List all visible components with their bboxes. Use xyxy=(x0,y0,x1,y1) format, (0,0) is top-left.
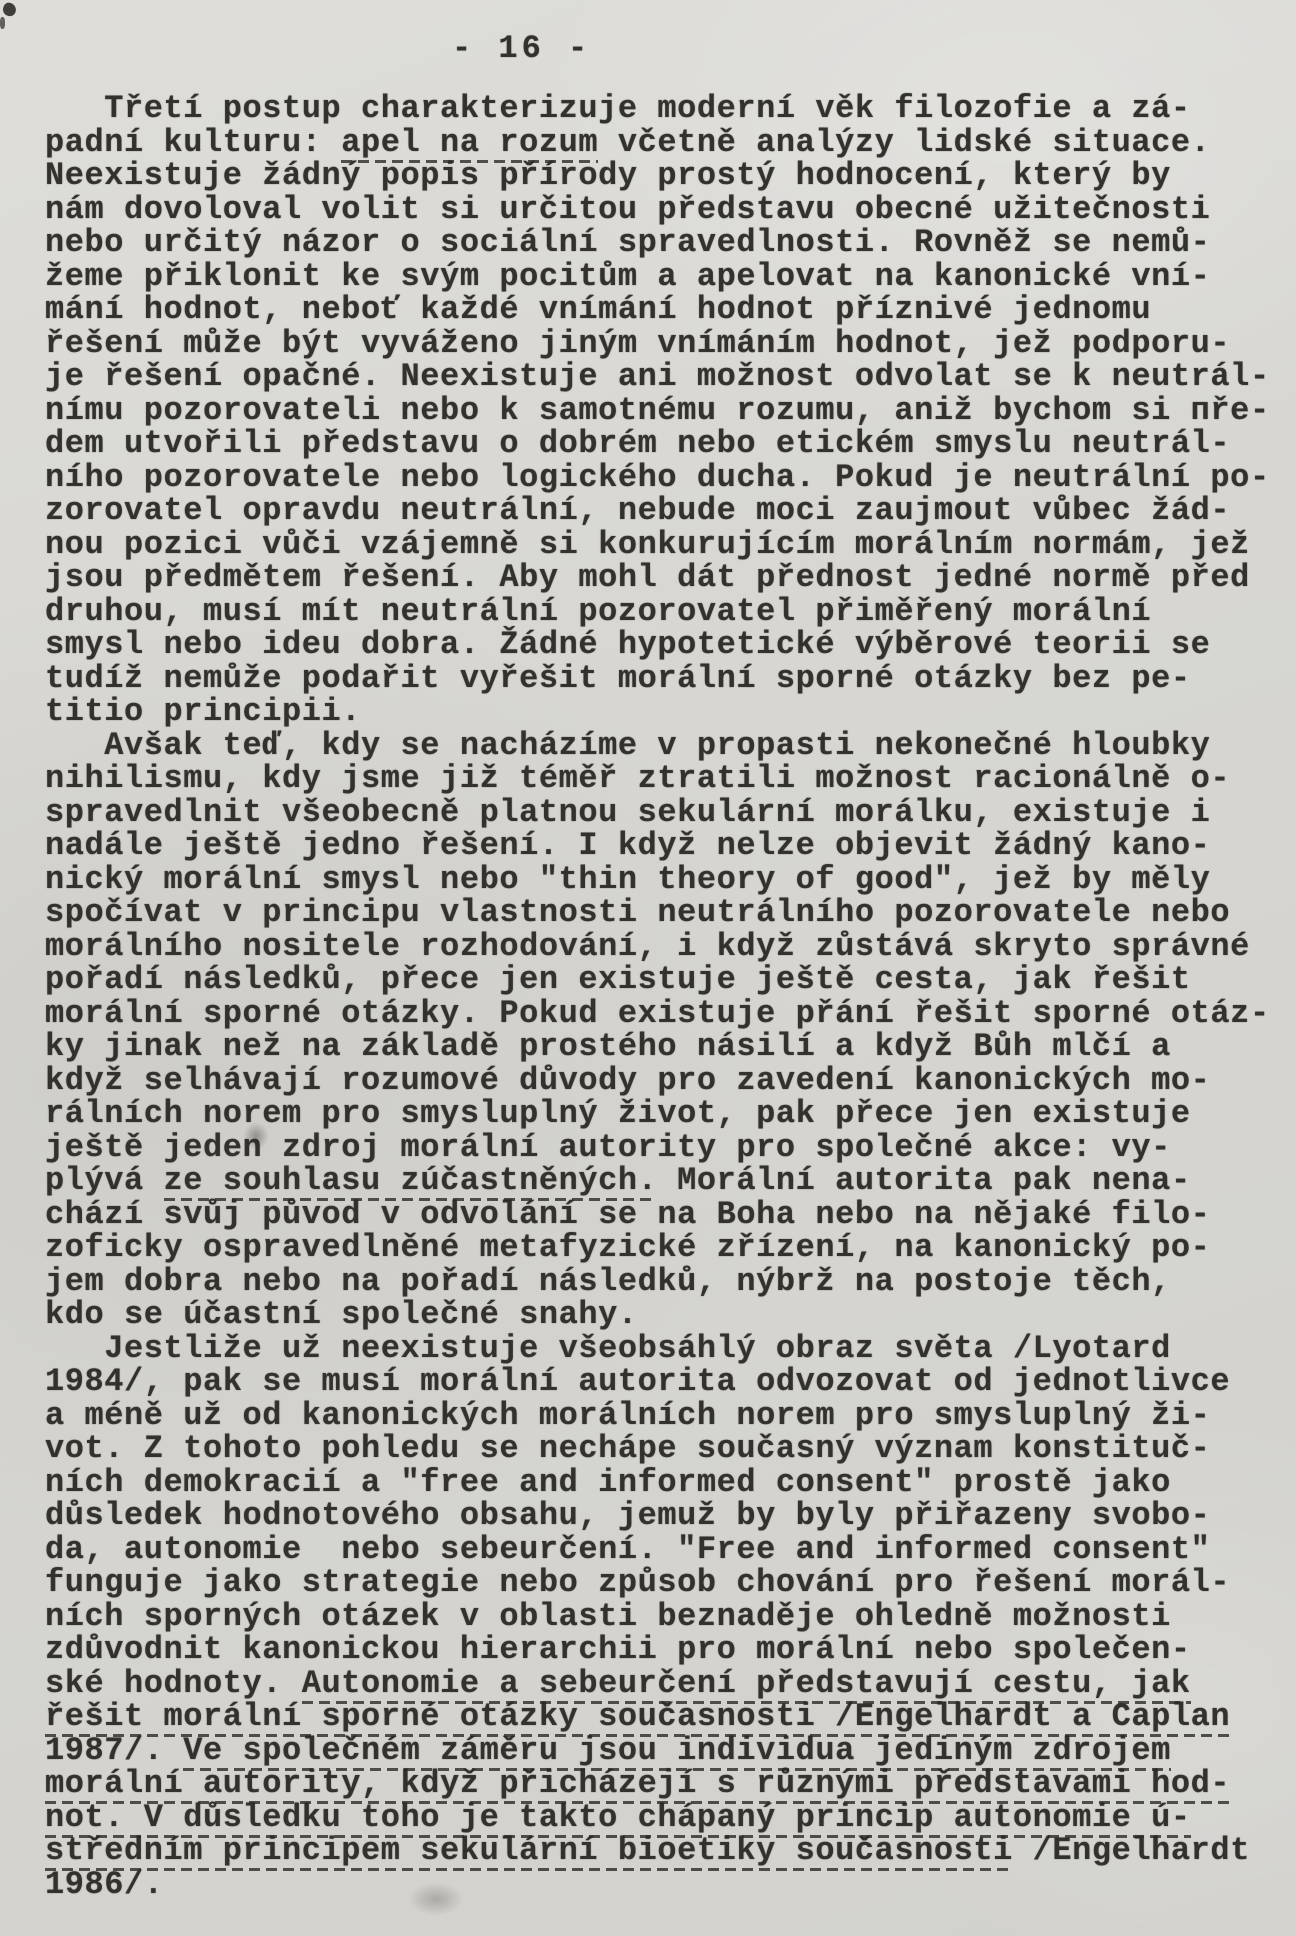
text-line: jem dobra nebo na pořadí následků, nýbrž… xyxy=(45,1265,1270,1299)
text-line: chází svůj původ v odvolání se na Boha n… xyxy=(45,1198,1270,1232)
text-segment: žeme přiklonit ke svým pocitům a apelova… xyxy=(45,258,1210,295)
text-line: řešení může být vyváženo jiným vnímáním … xyxy=(45,327,1270,361)
text-segment: Neexistuje žádný popis přírody prostý ho… xyxy=(45,157,1171,194)
text-line: a méně už od kanonických morálních norem… xyxy=(45,1399,1270,1433)
text-line: ky jinak než na základě prostého násilí … xyxy=(45,1030,1270,1064)
text-segment: ních sporných otázek v oblasti beznaděje… xyxy=(45,1598,1171,1635)
text-segment: jsou předmětem řešení. Aby mohl dát před… xyxy=(45,559,1250,596)
text-line: Třetí postup charakterizuje moderní věk … xyxy=(45,92,1270,126)
text-segment: nický morální smysl nebo "thin theory of… xyxy=(45,861,1210,898)
document-text: Třetí postup charakterizuje moderní věk … xyxy=(45,92,1270,1901)
text-line: ních sporných otázek v oblasti beznaděje… xyxy=(45,1600,1270,1634)
text-line: vot. Z tohoto pohledu se nechápe současn… xyxy=(45,1432,1270,1466)
text-segment: Avšak teď, kdy se nacházíme v propasti n… xyxy=(45,727,1210,764)
text-segment: funguje jako strategie nebo způsob chová… xyxy=(45,1564,1230,1601)
text-segment: nou pozici vůči vzájemně si konkurujícím… xyxy=(45,526,1250,563)
text-line: mání hodnot, neboť každé vnímání hodnot … xyxy=(45,293,1270,327)
text-line: plývá ze souhlasu zúčastněných. Morální … xyxy=(45,1164,1270,1198)
text-line: nám dovoloval volit si určitou představu… xyxy=(45,193,1270,227)
text-segment: nadále ještě jedno řešení. I když nelze … xyxy=(45,827,1210,864)
text-segment: důsledek hodnotového obsahu, jemuž by by… xyxy=(45,1497,1210,1534)
text-segment: spravedlnit všeobecně platnou sekulární … xyxy=(45,794,1210,831)
text-segment: morální sporné otázky. Pokud existuje př… xyxy=(45,995,1270,1032)
text-line: zoficky ospravedlněné metafyzické zřízen… xyxy=(45,1231,1270,1265)
text-line: morální sporné otázky. Pokud existuje př… xyxy=(45,997,1270,1031)
text-line: dem utvořili představu o dobrém nebo eti… xyxy=(45,427,1270,461)
text-line: ního pozorovatele nebo logického ducha. … xyxy=(45,461,1270,495)
text-segment: nímu pozorovateli nebo k samotnému rozum… xyxy=(45,392,1270,429)
text-segment: padní kulturu: xyxy=(45,124,341,161)
text-line: ních demokracií a "free and informed con… xyxy=(45,1466,1270,1500)
text-line: zorovatel opravdu neutrální, nebude moci… xyxy=(45,494,1270,528)
text-segment: tudíž nemůže podařit vyřešit morální spo… xyxy=(45,660,1191,697)
text-line: když selhávají rozumové důvody pro zaved… xyxy=(45,1064,1270,1098)
text-segment: nihilismu, kdy jsme již téměř ztratili m… xyxy=(45,760,1230,797)
text-line: pořadí následků, přece jen existuje ješt… xyxy=(45,963,1270,997)
scan-smudge xyxy=(0,17,5,29)
text-line: nou pozici vůči vzájemně si konkurujícím… xyxy=(45,528,1270,562)
text-segment: a méně už od kanonických morálních norem… xyxy=(45,1397,1210,1434)
text-line: 1986/. xyxy=(45,1868,1270,1902)
text-line: nebo určitý názor o sociální spravedlnos… xyxy=(45,226,1270,260)
text-segment: da, autonomie nebo sebeurčení. "Free and… xyxy=(45,1531,1210,1568)
text-segment: kdo se účastní společné snahy. xyxy=(45,1296,638,1333)
text-segment: Třetí postup charakterizuje moderní věk … xyxy=(45,90,1191,127)
paragraph: Jestliže už neexistuje všeobsáhlý obraz … xyxy=(45,1332,1270,1902)
text-line: not. V důsledku toho je takto chápaný pr… xyxy=(45,1801,1270,1835)
text-line: Avšak teď, kdy se nacházíme v propasti n… xyxy=(45,729,1270,763)
text-segment: je řešení opačné. Neexistuje ani možnost… xyxy=(45,358,1270,395)
text-segment: mání hodnot, neboť každé vnímání hodnot … xyxy=(45,291,1151,328)
text-line: morálního nositele rozhodování, i když z… xyxy=(45,930,1270,964)
text-line: Jestliže už neexistuje všeobsáhlý obraz … xyxy=(45,1332,1270,1366)
text-segment: dem utvořili představu o dobrém nebo eti… xyxy=(45,425,1230,462)
text-segment: druhou, musí mít neutrální pozorovatel p… xyxy=(45,593,1151,630)
text-line: rálních norem pro smysluplný život, pak … xyxy=(45,1097,1270,1131)
scanned-document-page: - 16 - Třetí postup charakterizuje moder… xyxy=(0,0,1296,1936)
paragraph: Avšak teď, kdy se nacházíme v propasti n… xyxy=(45,729,1270,1332)
text-line: spravedlnit všeobecně platnou sekulární … xyxy=(45,796,1270,830)
text-line: druhou, musí mít neutrální pozorovatel p… xyxy=(45,595,1270,629)
text-line: ještě jeden zdroj morální autority pro s… xyxy=(45,1131,1270,1165)
page-number: - 16 - xyxy=(452,30,591,67)
text-segment: ního pozorovatele nebo logického ducha. … xyxy=(45,459,1270,496)
text-segment: zorovatel opravdu neutrální, nebude moci… xyxy=(45,492,1230,529)
text-segment: ky jinak než na základě prostého násilí … xyxy=(45,1028,1171,1065)
text-segment: rálních norem pro smysluplný život, pak … xyxy=(45,1095,1191,1132)
text-segment: ních demokracií a "free and informed con… xyxy=(45,1464,1171,1501)
scan-smudge xyxy=(1,1,17,17)
text-segment: spočívat v principu vlastnosti neutrální… xyxy=(45,894,1230,931)
text-segment: 1987/. xyxy=(45,1732,183,1769)
text-line: nický morální smysl nebo "thin theory of… xyxy=(45,863,1270,897)
text-segment: nám dovoloval volit si určitou představu… xyxy=(45,191,1210,228)
text-line: je řešení opačné. Neexistuje ani možnost… xyxy=(45,360,1270,394)
paragraph: Třetí postup charakterizuje moderní věk … xyxy=(45,92,1270,729)
text-segment: včetně analýzy lidské situace. xyxy=(598,124,1210,161)
text-line: padní kulturu: apel na rozum včetně anal… xyxy=(45,126,1270,160)
text-line: důsledek hodnotového obsahu, jemuž by by… xyxy=(45,1499,1270,1533)
text-line: funguje jako strategie nebo způsob chová… xyxy=(45,1566,1270,1600)
text-segment: ské hodnoty. xyxy=(45,1665,302,1702)
text-segment: vot. Z tohoto pohledu se nechápe současn… xyxy=(45,1430,1210,1467)
text-line: nadále ještě jedno řešení. I když nelze … xyxy=(45,829,1270,863)
text-line: spočívat v principu vlastnosti neutrální… xyxy=(45,896,1270,930)
text-segment: zdůvodnit kanonickou hierarchii pro morá… xyxy=(45,1631,1191,1668)
text-segment: zoficky ospravedlněné metafyzické zřízen… xyxy=(45,1229,1210,1266)
text-line: smysl nebo ideu dobra. Žádné hypotetické… xyxy=(45,628,1270,662)
text-line: zdůvodnit kanonickou hierarchii pro morá… xyxy=(45,1633,1270,1667)
text-segment: pořadí následků, přece jen existuje ješt… xyxy=(45,961,1191,998)
text-segment: smysl nebo ideu dobra. Žádné hypotetické… xyxy=(45,626,1210,663)
text-line: nihilismu, kdy jsme již téměř ztratili m… xyxy=(45,762,1270,796)
text-segment: nebo určitý názor o sociální spravedlnos… xyxy=(45,224,1210,261)
text-line: středním principem sekulární bioetiky so… xyxy=(45,1834,1270,1868)
text-segment: Jestliže už neexistuje všeobsáhlý obraz … xyxy=(45,1330,1171,1367)
text-segment: /Engelhardt xyxy=(1013,1832,1250,1869)
text-line: žeme přiklonit ke svým pocitům a apelova… xyxy=(45,260,1270,294)
text-segment: řešení může být vyváženo jiným vnímáním … xyxy=(45,325,1230,362)
text-line: morální autority, když přicházejí s různ… xyxy=(45,1767,1270,1801)
text-line: 1987/. Ve společném záměru jsou individu… xyxy=(45,1734,1270,1768)
text-segment: když selhávají rozumové důvody pro zaved… xyxy=(45,1062,1210,1099)
text-line: ské hodnoty. Autonomie a sebeurčení před… xyxy=(45,1667,1270,1701)
text-segment: plývá xyxy=(45,1162,164,1199)
text-segment: Morální autorita pak nena- xyxy=(657,1162,1190,1199)
text-line: Neexistuje žádný popis přírody prostý ho… xyxy=(45,159,1270,193)
text-segment: chází svůj původ v odvolání se na Boha n… xyxy=(45,1196,1210,1233)
text-line: titio principii. xyxy=(45,695,1270,729)
text-line: jsou předmětem řešení. Aby mohl dát před… xyxy=(45,561,1270,595)
text-line: da, autonomie nebo sebeurčení. "Free and… xyxy=(45,1533,1270,1567)
text-line: tudíž nemůže podařit vyřešit morální spo… xyxy=(45,662,1270,696)
text-segment: ještě jeden zdroj morální autority pro s… xyxy=(45,1129,1171,1166)
text-line: kdo se účastní společné snahy. xyxy=(45,1298,1270,1332)
text-segment: jem dobra nebo na pořadí následků, nýbrž… xyxy=(45,1263,1171,1300)
text-segment: 1984/, pak se musí morální autorita odvo… xyxy=(45,1363,1230,1400)
text-segment: morálního nositele rozhodování, i když z… xyxy=(45,928,1250,965)
underlined-text: středním principem sekulární bioetiky so… xyxy=(45,1832,1013,1871)
text-line: nímu pozorovateli nebo k samotnému rozum… xyxy=(45,394,1270,428)
text-line: řešit morální sporné otázky současnosti … xyxy=(45,1700,1270,1734)
text-line: 1984/, pak se musí morální autorita odvo… xyxy=(45,1365,1270,1399)
text-segment: titio principii. xyxy=(45,693,361,730)
text-segment: 1986/. xyxy=(45,1866,164,1903)
